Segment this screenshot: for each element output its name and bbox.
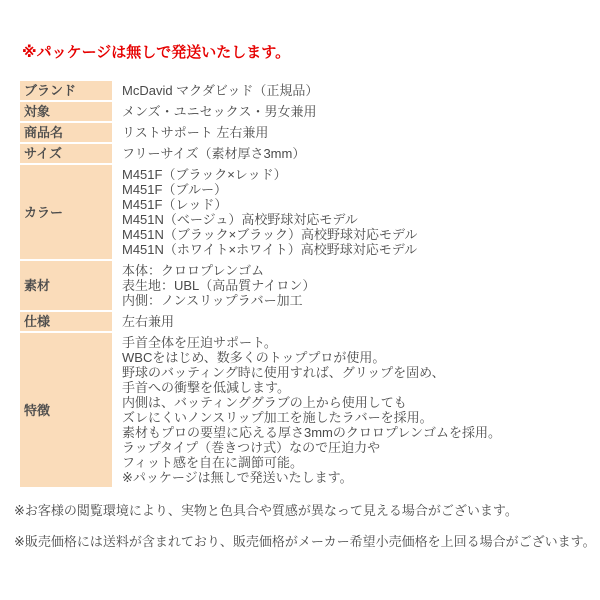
spec-row: 対象メンズ・ユニセックス・男女兼用 (20, 102, 505, 121)
spec-value-line: 手首全体を圧迫サポート。 (122, 335, 501, 350)
spec-value-line: 手首への衝撃を低減します。 (122, 380, 501, 395)
spec-row: カラーM451F（ブラック×レッド）M451F（ブルー）M451F（レッド）M4… (20, 165, 505, 259)
spec-value-line: M451F（ブラック×レッド） (122, 167, 501, 182)
spec-value-line: M451N（ブラック×ブラック）高校野球対応モデル (122, 227, 501, 242)
spec-value-line: フリーサイズ（素材厚さ3mm） (122, 146, 501, 161)
spec-label: カラー (20, 165, 112, 259)
spec-value-line: 表生地：UBL（高品質ナイロン） (122, 278, 501, 293)
spec-row: 素材本体：クロロプレンゴム表生地：UBL（高品質ナイロン）内側：ノンスリップラバ… (20, 261, 505, 310)
spec-value-line: フィット感を自在に調節可能。 (122, 455, 501, 470)
spec-value-line: WBCをはじめ、数多くのトッププロが使用。 (122, 350, 501, 365)
spec-value-line: リストサポート 左右兼用 (122, 125, 501, 140)
footer-notes: ※お客様の閲覧環境により、実物と色具合や質感が異なって見える場合がございます。 … (14, 503, 600, 549)
spec-value-line: メンズ・ユニセックス・男女兼用 (122, 104, 501, 119)
spec-label: ブランド (20, 81, 112, 100)
spec-table-body: ブランドMcDavid マクダビッド（正規品）対象メンズ・ユニセックス・男女兼用… (20, 81, 505, 487)
spec-value: 本体：クロロプレンゴム表生地：UBL（高品質ナイロン）内側：ノンスリップラバー加… (114, 261, 505, 310)
spec-row: ブランドMcDavid マクダビッド（正規品） (20, 81, 505, 100)
spec-value-line: McDavid マクダビッド（正規品） (122, 83, 501, 98)
shipping-note: ※パッケージは無しで発送いたします。 (22, 44, 600, 62)
spec-value-line: ※パッケージは無しで発送いたします。 (122, 470, 501, 485)
footer-note: ※販売価格には送料が含まれており、販売価格がメーカー希望小売価格を上回る場合がご… (14, 534, 600, 549)
spec-value-line: M451F（レッド） (122, 197, 501, 212)
spec-row: サイズフリーサイズ（素材厚さ3mm） (20, 144, 505, 163)
spec-value: フリーサイズ（素材厚さ3mm） (114, 144, 505, 163)
spec-value-line: 内側：ノンスリップラバー加工 (122, 293, 501, 308)
spec-value-line: M451F（ブルー） (122, 182, 501, 197)
spec-label: 素材 (20, 261, 112, 310)
spec-label: 対象 (20, 102, 112, 121)
spec-value-line: ラップタイプ（巻きつけ式）なので圧迫力や (122, 440, 501, 455)
spec-label: 特徴 (20, 333, 112, 487)
spec-value-line: ズレにくいノンスリップ加工を施したラバーを採用。 (122, 410, 501, 425)
spec-row: 商品名リストサポート 左右兼用 (20, 123, 505, 142)
spec-value-line: 左右兼用 (122, 314, 501, 329)
spec-value: リストサポート 左右兼用 (114, 123, 505, 142)
spec-value-line: M451N（ベージュ）高校野球対応モデル (122, 212, 501, 227)
spec-value: 手首全体を圧迫サポート。WBCをはじめ、数多くのトッププロが使用。野球のバッティ… (114, 333, 505, 487)
spec-value: McDavid マクダビッド（正規品） (114, 81, 505, 100)
spec-value-line: M451N（ホワイト×ホワイト）高校野球対応モデル (122, 242, 501, 257)
spec-value-line: 内側は、バッティンググラブの上から使用しても (122, 395, 501, 410)
spec-label: 商品名 (20, 123, 112, 142)
spec-value: 左右兼用 (114, 312, 505, 331)
spec-value-line: 野球のバッティング時に使用すれば、グリップを固め、 (122, 365, 501, 380)
spec-row: 仕様左右兼用 (20, 312, 505, 331)
spec-value-line: 素材もプロの要望に応える厚さ3mmのクロロプレンゴムを採用。 (122, 425, 501, 440)
spec-value: メンズ・ユニセックス・男女兼用 (114, 102, 505, 121)
footer-note: ※お客様の閲覧環境により、実物と色具合や質感が異なって見える場合がございます。 (14, 503, 600, 518)
spec-label: サイズ (20, 144, 112, 163)
spec-label: 仕様 (20, 312, 112, 331)
spec-value-line: 本体：クロロプレンゴム (122, 263, 501, 278)
product-spec-table: ブランドMcDavid マクダビッド（正規品）対象メンズ・ユニセックス・男女兼用… (18, 79, 507, 489)
spec-value: M451F（ブラック×レッド）M451F（ブルー）M451F（レッド）M451N… (114, 165, 505, 259)
spec-row: 特徴手首全体を圧迫サポート。WBCをはじめ、数多くのトッププロが使用。野球のバッ… (20, 333, 505, 487)
